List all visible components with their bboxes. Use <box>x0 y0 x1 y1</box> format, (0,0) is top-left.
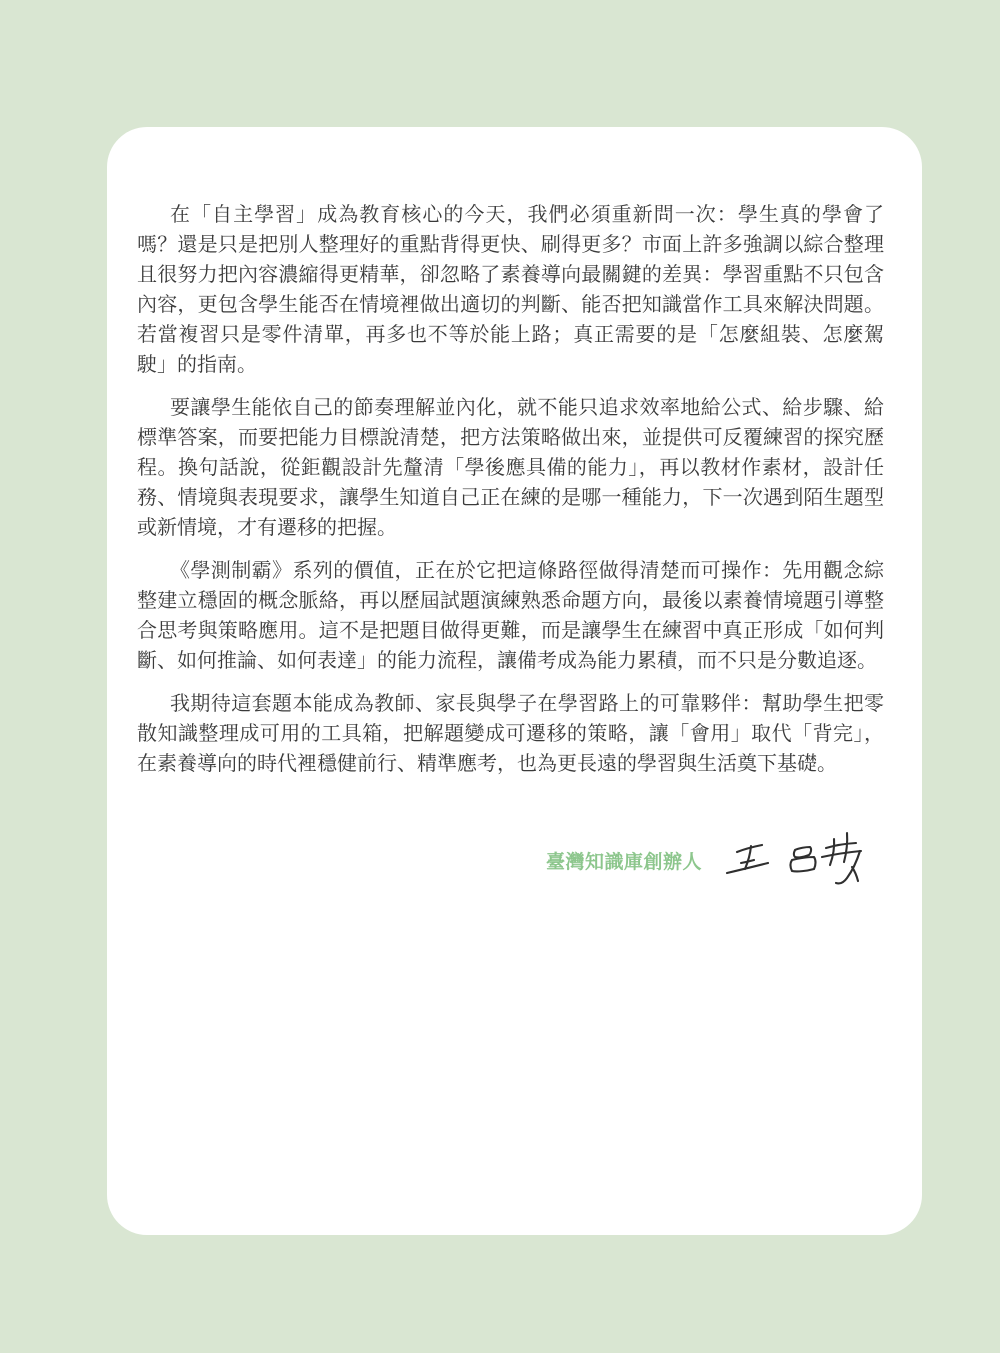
founder-title-label: 臺灣知識庫創辦人 <box>546 847 702 874</box>
preface-paragraph-4: 我期待這套題本能成為教師、家長與學子在學習路上的可靠夥伴：幫助學生把零散知識整理… <box>137 689 884 779</box>
preface-paragraph-2: 要讓學生能依自己的節奏理解並內化，就不能只追求效率地給公式、給步驟、給標準答案，… <box>137 393 884 543</box>
preface-card: 在「自主學習」成為教育核心的今天，我們必須重新問一次：學生真的學會了嗎？還是只是… <box>107 127 922 1235</box>
preface-paragraph-3: 《學測制霸》系列的價值，正在於它把這條路徑做得清楚而可操作：先用觀念綜整建立穩固… <box>137 556 884 676</box>
preface-paragraph-1: 在「自主學習」成為教育核心的今天，我們必須重新問一次：學生真的學會了嗎？還是只是… <box>137 200 884 380</box>
founder-signature-image <box>714 813 884 908</box>
signature-block: 臺灣知識庫創辦人 <box>137 813 884 908</box>
page-background: { "page": { "background_color": "#d9e6d2… <box>0 0 1000 1353</box>
